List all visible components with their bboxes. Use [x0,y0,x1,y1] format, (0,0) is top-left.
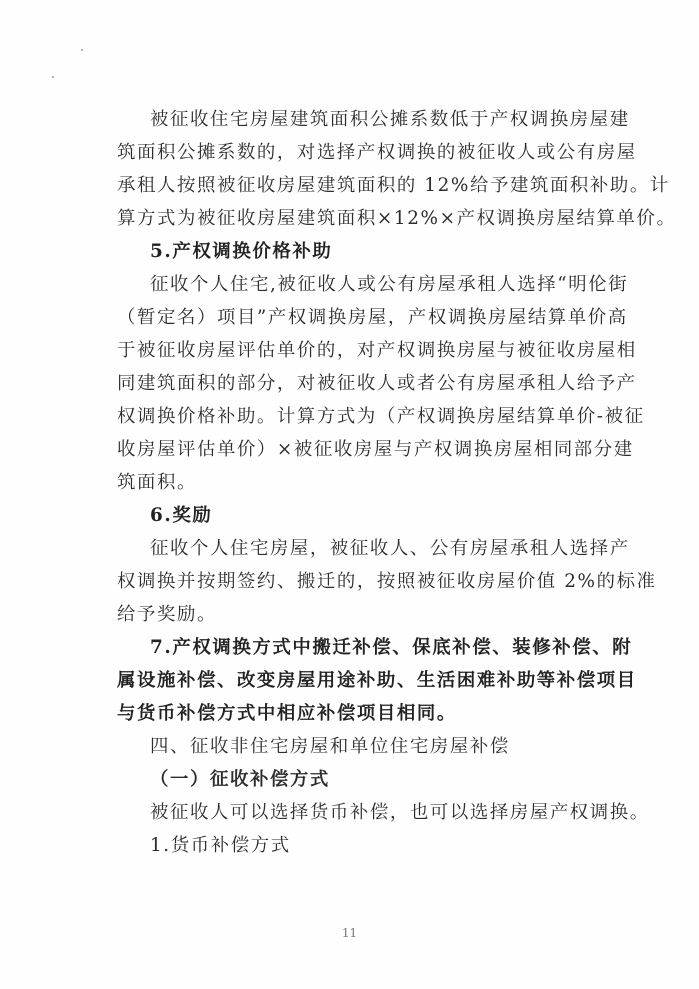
subsection-heading-1: （一）征收补偿方式 [117,763,587,796]
item-heading-1: 1.货币补偿方式 [117,829,587,862]
paragraph-line: 权调换并按期签约、搬迁的，按照被征收房屋价值 2%的标准 [117,565,587,598]
paragraph-line: 被征收人可以选择货币补偿，也可以选择房屋产权调换。 [117,796,587,829]
paragraph-line: 承租人按照被征收房屋建筑面积的 12%给予建筑面积补助。计 [117,169,587,202]
document-body: 被征收住宅房屋建筑面积公摊系数低于产权调换房屋建 筑面积公摊系数的，对选择产权调… [117,103,587,862]
section-heading-7: 7.产权调换方式中搬迁补偿、保底补偿、装修补偿、附 [117,631,587,664]
paragraph-line: 筑面积。 [117,466,587,499]
paragraph-line: 权调换价格补助。计算方式为（产权调换房屋结算单价-被征 [117,400,587,433]
scan-speck [81,49,83,51]
paragraph-line: 筑面积公摊系数的，对选择产权调换的被征收人或公有房屋 [117,136,587,169]
paragraph-line: 被征收住宅房屋建筑面积公摊系数低于产权调换房屋建 [117,103,587,136]
section-heading-6: 6.奖励 [117,499,587,532]
paragraph-line: 征收个人住宅,被征收人或公有房屋承租人选择“明伦街 [117,268,587,301]
paragraph-line: （暂定名）项目”产权调换房屋，产权调换房屋结算单价高 [117,301,587,334]
paragraph-line: 征收个人住宅房屋，被征收人、公有房屋承租人选择产 [117,532,587,565]
chapter-heading-4: 四、征收非住宅房屋和单位住宅房屋补偿 [117,730,587,763]
paragraph-line: 算方式为被征收房屋建筑面积×12%×产权调换房屋结算单价。 [117,202,587,235]
paragraph-line: 于被征收房屋评估单价的，对产权调换房屋与被征收房屋相 [117,334,587,367]
scan-speck [52,76,54,78]
document-page: 被征收住宅房屋建筑面积公摊系数低于产权调换房屋建 筑面积公摊系数的，对选择产权调… [0,0,699,989]
paragraph-line: 给予奖励。 [117,598,587,631]
page-number: 11 [0,926,699,940]
paragraph-line: 与货币补偿方式中相应补偿项目相同。 [117,697,587,730]
paragraph-line: 属设施补偿、改变房屋用途补助、生活困难补助等补偿项目 [117,664,587,697]
paragraph-line: 收房屋评估单价）×被征收房屋与产权调换房屋相同部分建 [117,433,587,466]
paragraph-line: 同建筑面积的部分，对被征收人或者公有房屋承租人给予产 [117,367,587,400]
section-heading-5: 5.产权调换价格补助 [117,235,587,268]
